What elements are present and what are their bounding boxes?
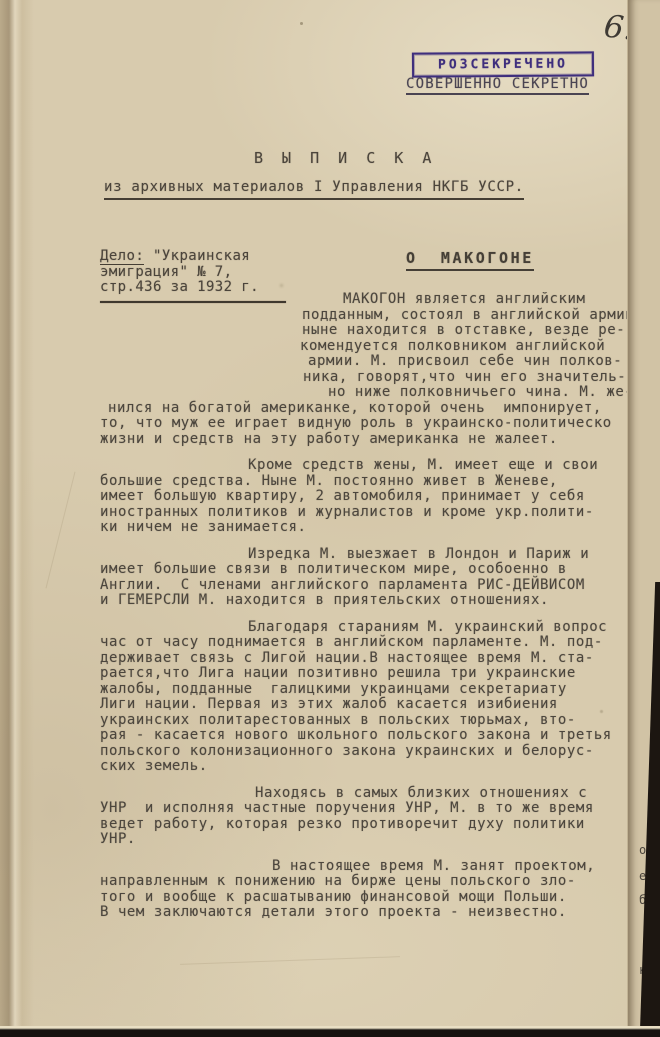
typed-line: Лиги нации. Первая из этих жалоб касаетс… [100, 697, 648, 713]
paragraph: Изредка М. выезжает в Лондон и Париж иим… [100, 547, 648, 609]
typed-line: иностранных политиков и журналистов и кр… [100, 505, 648, 521]
typed-line: УНР и исполняя частные поручения УНР, М.… [100, 801, 648, 817]
declassified-stamp-label: РОЗСЕКРЕЧЕНО [438, 57, 568, 73]
typed-line: Англии. С членами английского парламента… [100, 578, 648, 594]
document-body: МАКОГОН является английскимподданным, со… [100, 292, 648, 932]
typed-line: ки ничем не занимается. [100, 520, 648, 536]
typed-line: украинских политарестованных в польских … [100, 713, 648, 729]
typed-line: подданным, состоял в английской армии [302, 308, 648, 324]
typed-line: Находясь в самых близких отношениях с [255, 786, 648, 802]
typed-line: ника, говорят,что чин его значитель- [303, 370, 648, 386]
left-fold-shadow [0, 0, 34, 1037]
typed-line: МАКОГОН является английским [343, 292, 648, 308]
typed-line: В настоящее время М. занят проектом, [272, 859, 648, 875]
typed-line: и ГЕМЕРСЛИ М. находится в приятельских о… [100, 593, 648, 609]
case-reference-line1: "Украинская [144, 248, 250, 264]
edge-text-fragment: о [639, 843, 647, 857]
classification-marking: СОВЕРШЕННО СЕКРЕТНО [406, 76, 589, 95]
typed-line: рается,что Лига нации позитивно решила т… [100, 666, 648, 682]
typed-line: ведет работу, которая резко противоречит… [100, 817, 648, 833]
typed-line: но ниже полковничьего чина. М. же- [328, 385, 648, 401]
paper-speck [300, 22, 303, 25]
page-bottom-edge [0, 1026, 660, 1037]
paragraph: Кроме средств жены, М. имеет еще и своиб… [100, 458, 648, 536]
typed-line: ских земель. [100, 759, 648, 775]
typed-line: польского колонизационного закона украин… [100, 744, 648, 760]
paragraph: В настоящее время М. занят проектом,напр… [100, 859, 648, 921]
case-reference-line2: эмиграция" № 7, [100, 264, 232, 280]
typed-line: нился на богатой американке, которой оче… [108, 401, 648, 417]
document-title: В Ы П И С К А [254, 149, 436, 167]
typed-line: жалобы, подданные галицкими украинцами с… [100, 682, 648, 698]
paragraph: Находясь в самых близких отношениях сУНР… [100, 786, 648, 848]
typed-line: В чем заключаются детали этого проекта -… [100, 905, 648, 921]
typed-line: рая - касается нового школьного польског… [100, 728, 648, 744]
scanned-document-page: 6. РОЗСЕКРЕЧЕНО СОВЕРШЕННО СЕКРЕТНО В Ы … [0, 0, 660, 1037]
typed-line: имеет большие связи в политическом мире,… [100, 562, 648, 578]
section-heading: О МАКОГОНЕ [406, 249, 534, 271]
typed-line: Изредка М. выезжает в Лондон и Париж и [248, 547, 648, 563]
typed-line: Кроме средств жены, М. имеет еще и свои [248, 458, 648, 474]
typed-line: УНР. [100, 832, 648, 848]
declassified-stamp: РОЗСЕКРЕЧЕНО [412, 51, 594, 77]
case-reference-label: Дело: [100, 248, 144, 265]
typed-line: Благодаря стараниям М. украинский вопрос [248, 620, 648, 636]
typed-line: час от часу поднимается в английском пар… [100, 635, 648, 651]
typed-line: того и вообще к расшатыванию финансовой … [100, 890, 648, 906]
paper-crease [45, 472, 75, 589]
paper-crease [180, 956, 400, 965]
typed-line: большие средства. Ныне М. постоянно живе… [100, 474, 648, 490]
typed-line: ныне находится в отставке, везде ре- [302, 323, 648, 339]
document-subtitle: из архивных материалов I Управления НКГБ… [104, 179, 524, 200]
paragraph: МАКОГОН является английскимподданным, со… [100, 292, 648, 447]
typed-line: армии. М. присвоил себе чин полков- [308, 354, 648, 370]
typed-line: жизни и средств на эту работу американка… [100, 432, 648, 448]
paragraph: Благодаря стараниям М. украинский вопрос… [100, 620, 648, 775]
typed-line: то, что муж ее играет видную роль в укра… [100, 416, 648, 432]
typed-line: имеет большую квартиру, 2 автомобиля, пр… [100, 489, 648, 505]
case-reference: Дело: "Украинская эмиграция" № 7, стр.43… [100, 249, 310, 296]
typed-line: комендуется полковником английской [300, 339, 648, 355]
typed-line: направленным к понижению на бирже цены п… [100, 874, 648, 890]
typed-line: держивает связь с Лигой нации.В настояще… [100, 651, 648, 667]
